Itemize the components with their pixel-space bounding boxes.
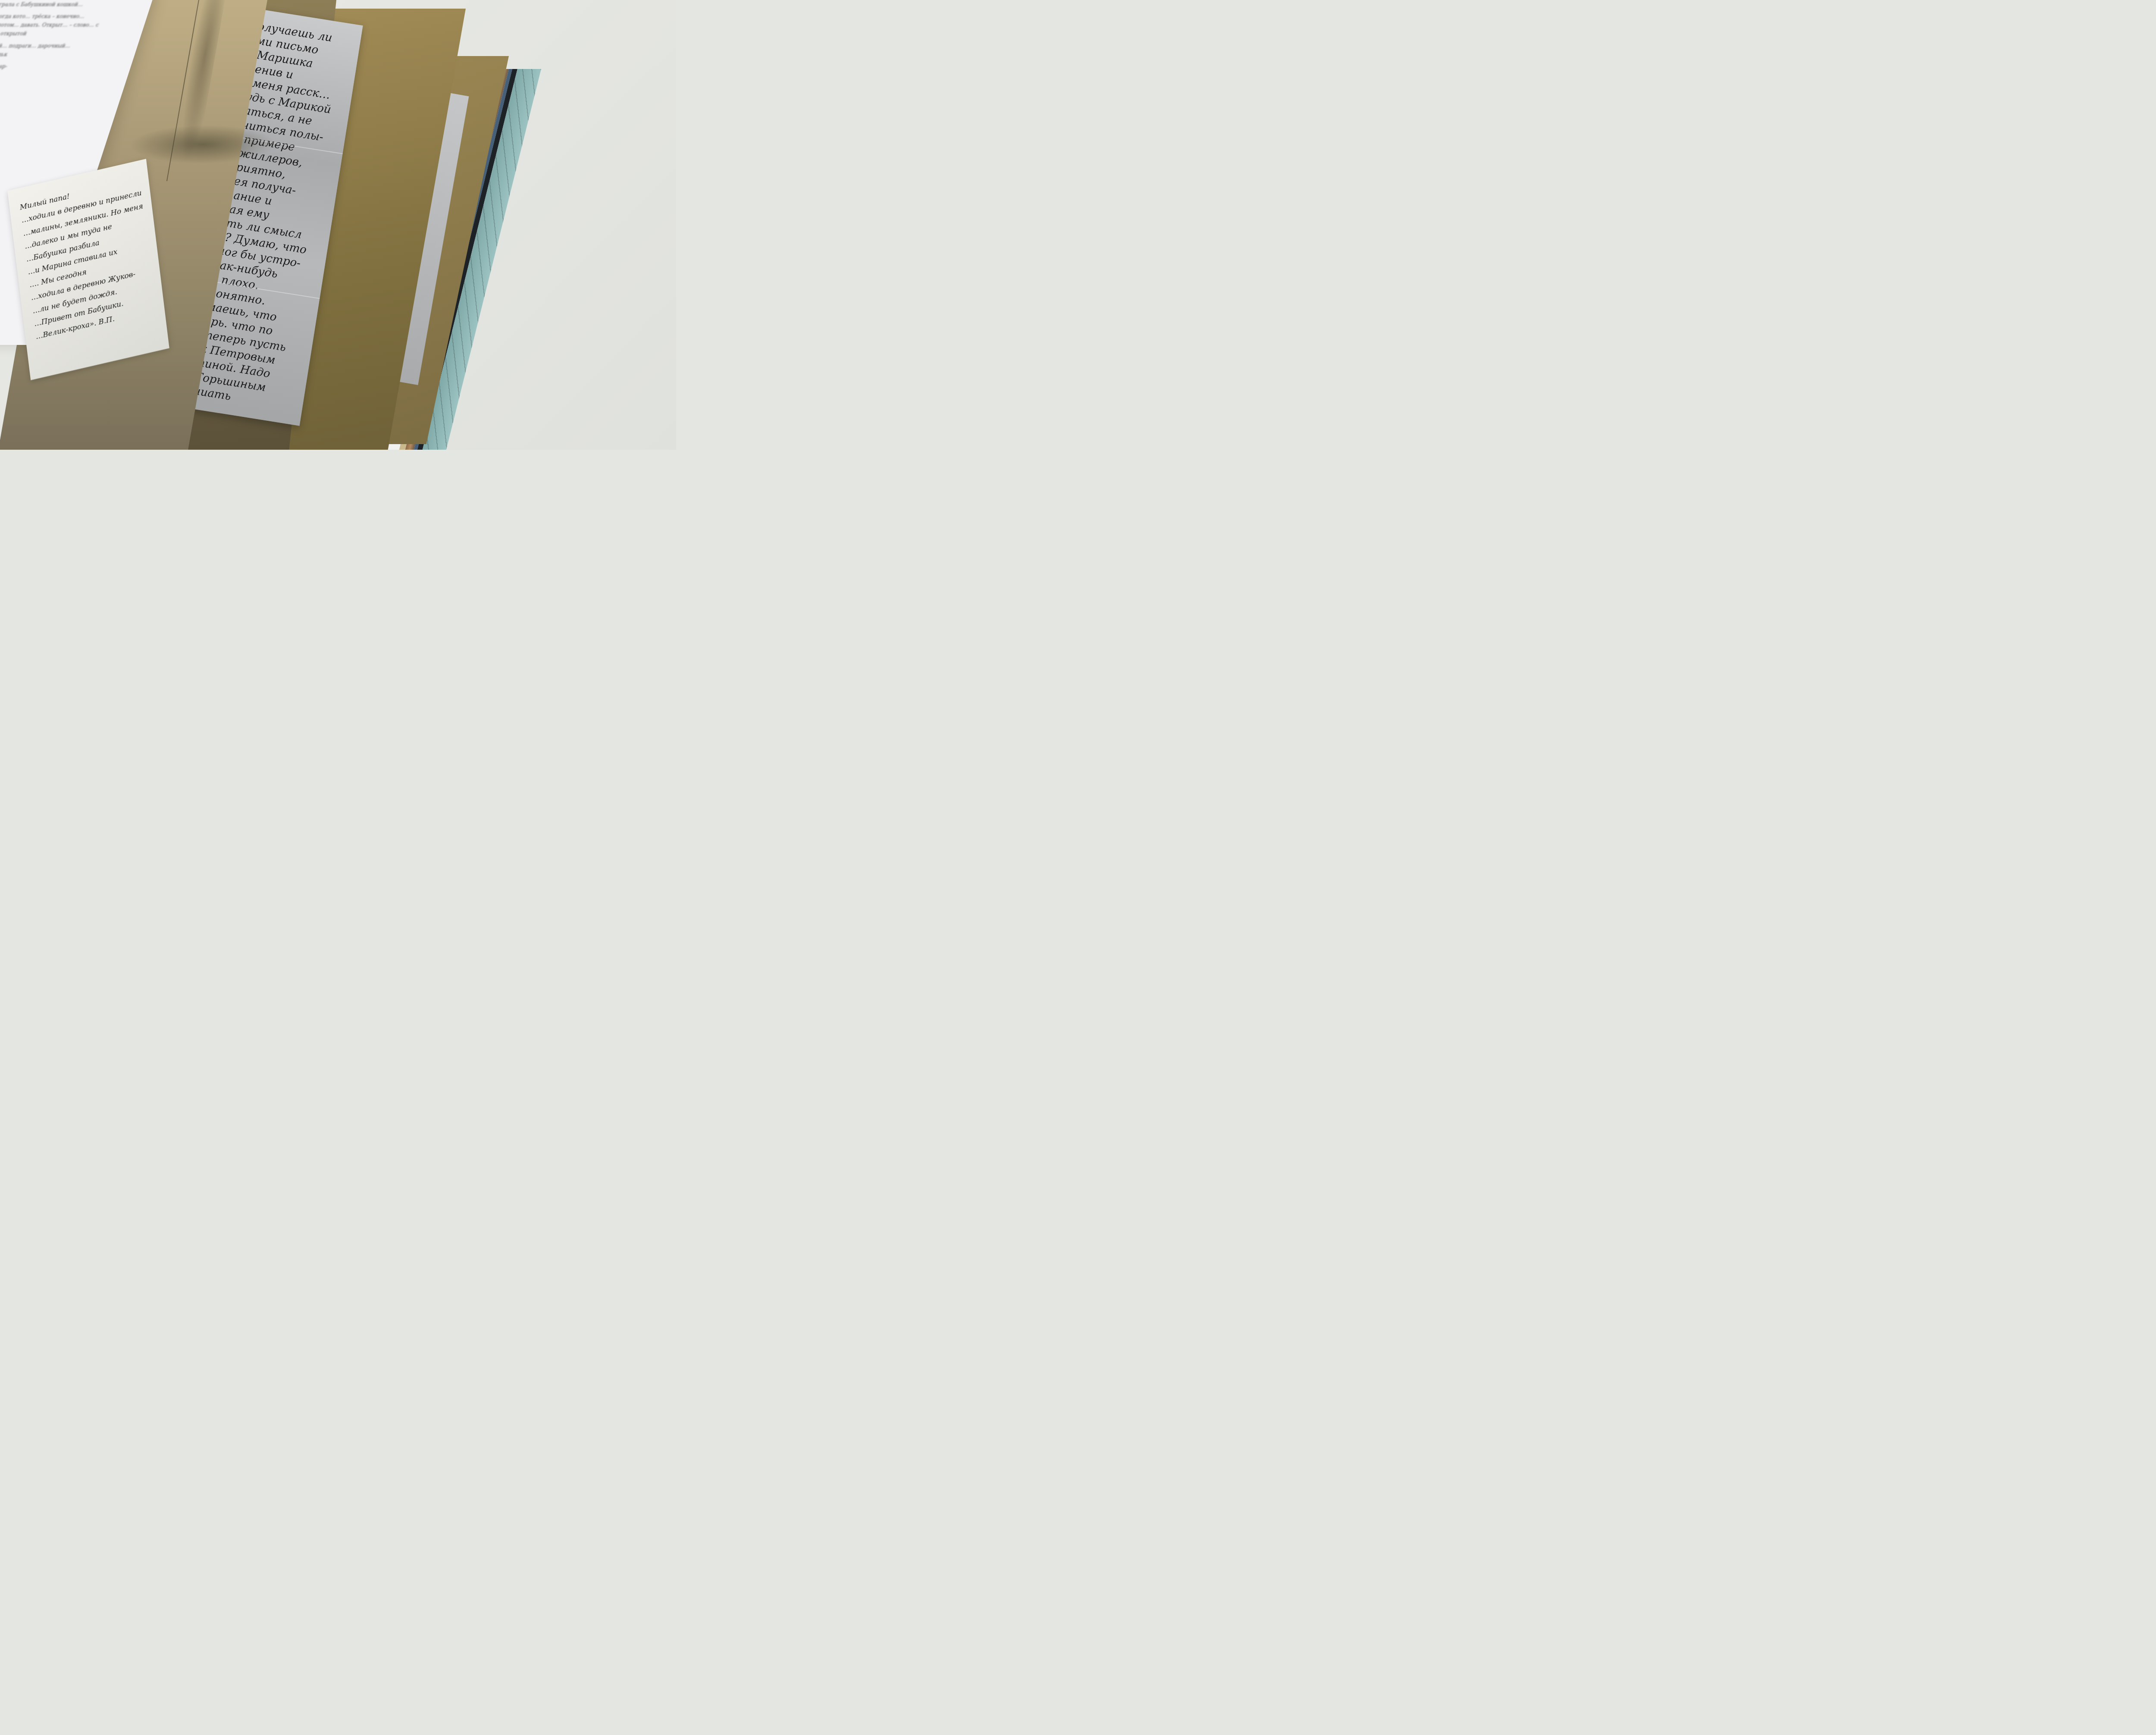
body-paragraph: Но вот, когда кото… трёска – конечно… от… [0,12,105,38]
body-paragraph: …кирпич пой… подраги… дарочный… чайник… … [0,41,96,59]
handwritten-letter-left: Милый папа! …ходили в деревню и принесли… [7,159,169,380]
body-paragraph: …шис. …уся …ар- [0,62,89,71]
body-paragraph: …Бабушка Вера пекла пироги, а Марина во … [0,0,112,9]
left-page-body-text: …Бабушка Вера пекла пироги, а Марина во … [0,0,112,74]
treeline-illustration [126,125,280,164]
book-photo-scene: …пись …ое …рас …кал …ли …лиши …ту …ли …м… [0,0,676,450]
